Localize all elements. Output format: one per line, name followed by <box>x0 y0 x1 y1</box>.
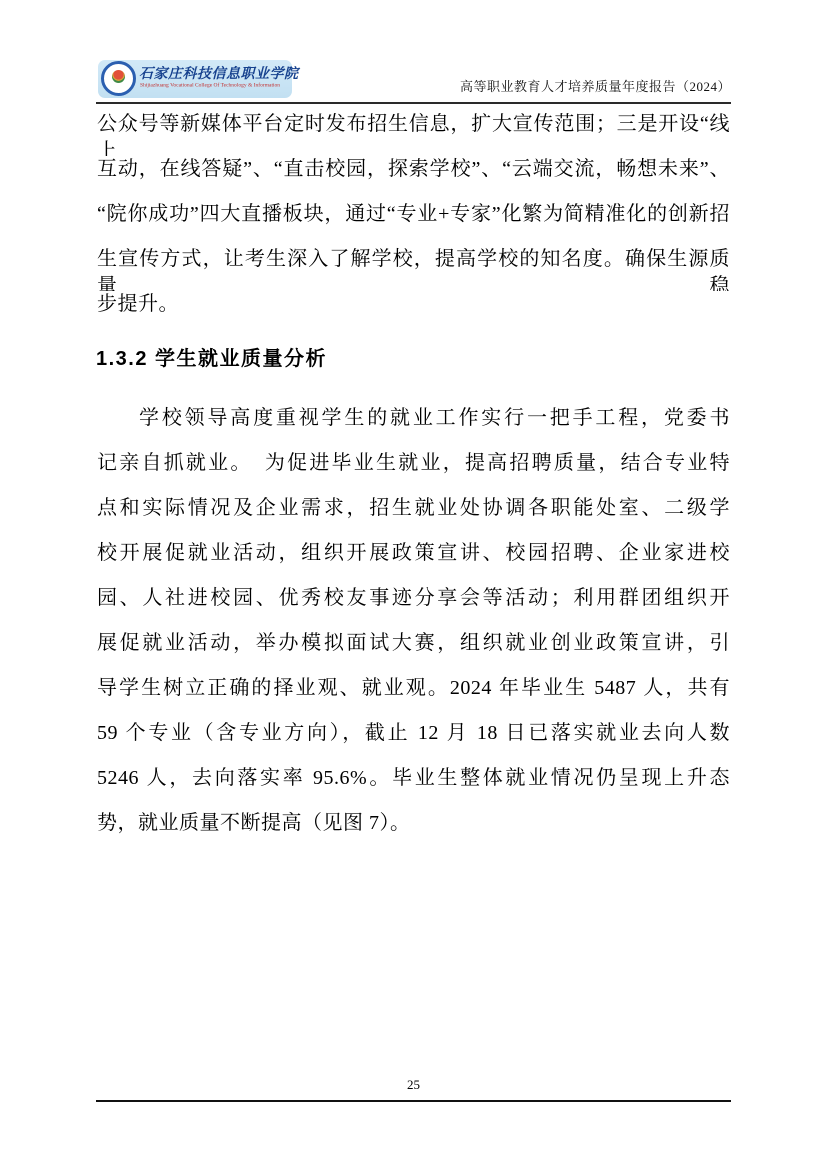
college-name-zh: 石家庄科技信息职业学院 <box>139 63 299 83</box>
paragraph-line: 势，就业质量不断提高（见图 7）。 <box>97 810 730 855</box>
page-header: 石家庄科技信息职业学院 Shijiazhuang Vocational Coll… <box>96 57 731 104</box>
college-logo: 石家庄科技信息职业学院 Shijiazhuang Vocational Coll… <box>98 60 292 98</box>
page-footer: 25 <box>96 1076 731 1102</box>
paragraph-2: 学校领导高度重视学生的就业工作实行一把手工程，党委书 记亲自抓就业。 为促进毕业… <box>97 405 730 855</box>
section-heading: 1.3.2 学生就业质量分析 <box>96 342 327 371</box>
paragraph-line: 59 个专业（含专业方向），截止 12 月 18 日已落实就业去向人数 <box>97 720 730 765</box>
paragraph-line: 记亲自抓就业。 为促进毕业生就业，提高招聘质量，结合专业特 <box>97 450 730 495</box>
paragraph-line: “院你成功”四大直播板块，通过“专业+专家”化繁为简精准化的创新招 <box>97 201 730 246</box>
paragraph-line: 园、人社进校园、优秀校友事迹分享会等活动；利用群团组织开 <box>97 585 730 630</box>
paragraph-line: 步提升。 <box>97 291 730 336</box>
college-name-en: Shijiazhuang Vocational College Of Techn… <box>140 83 280 89</box>
paragraph-line: 学校领导高度重视学生的就业工作实行一把手工程，党委书 <box>97 405 730 450</box>
seal-flower-icon <box>112 70 125 83</box>
college-seal-icon <box>101 61 136 96</box>
paragraph-line: 导学生树立正确的择业观、就业观。2024 年毕业生 5487 人，共有 <box>97 675 730 720</box>
paragraph-line: 互动，在线答疑”、“直击校园，探索学校”、“云端交流，畅想未来”、 <box>97 156 730 201</box>
paragraph-line: 生宣传方式，让考生深入了解学校，提高学校的知名度。确保生源质量稳 <box>97 246 730 291</box>
paragraph-line: 校开展促就业活动，组织开展政策宣讲、校园招聘、企业家进校 <box>97 540 730 585</box>
report-title: 高等职业教育人才培养质量年度报告（2024） <box>460 76 731 95</box>
paragraph-line: 5246 人，去向落实率 95.6%。毕业生整体就业情况仍呈现上升态 <box>97 765 730 810</box>
paragraph-line: 公众号等新媒体平台定时发布招生信息，扩大宣传范围；三是开设“线上 <box>97 111 730 156</box>
paragraph-line: 点和实际情况及企业需求，招生就业处协调各职能处室、二级学 <box>97 495 730 540</box>
page-number: 25 <box>407 1077 420 1092</box>
paragraph-line: 展促就业活动，举办模拟面试大赛，组织就业创业政策宣讲，引 <box>97 630 730 675</box>
document-page: 石家庄科技信息职业学院 Shijiazhuang Vocational Coll… <box>0 0 827 1169</box>
paragraph-1: 公众号等新媒体平台定时发布招生信息，扩大宣传范围；三是开设“线上 互动，在线答疑… <box>97 111 730 336</box>
